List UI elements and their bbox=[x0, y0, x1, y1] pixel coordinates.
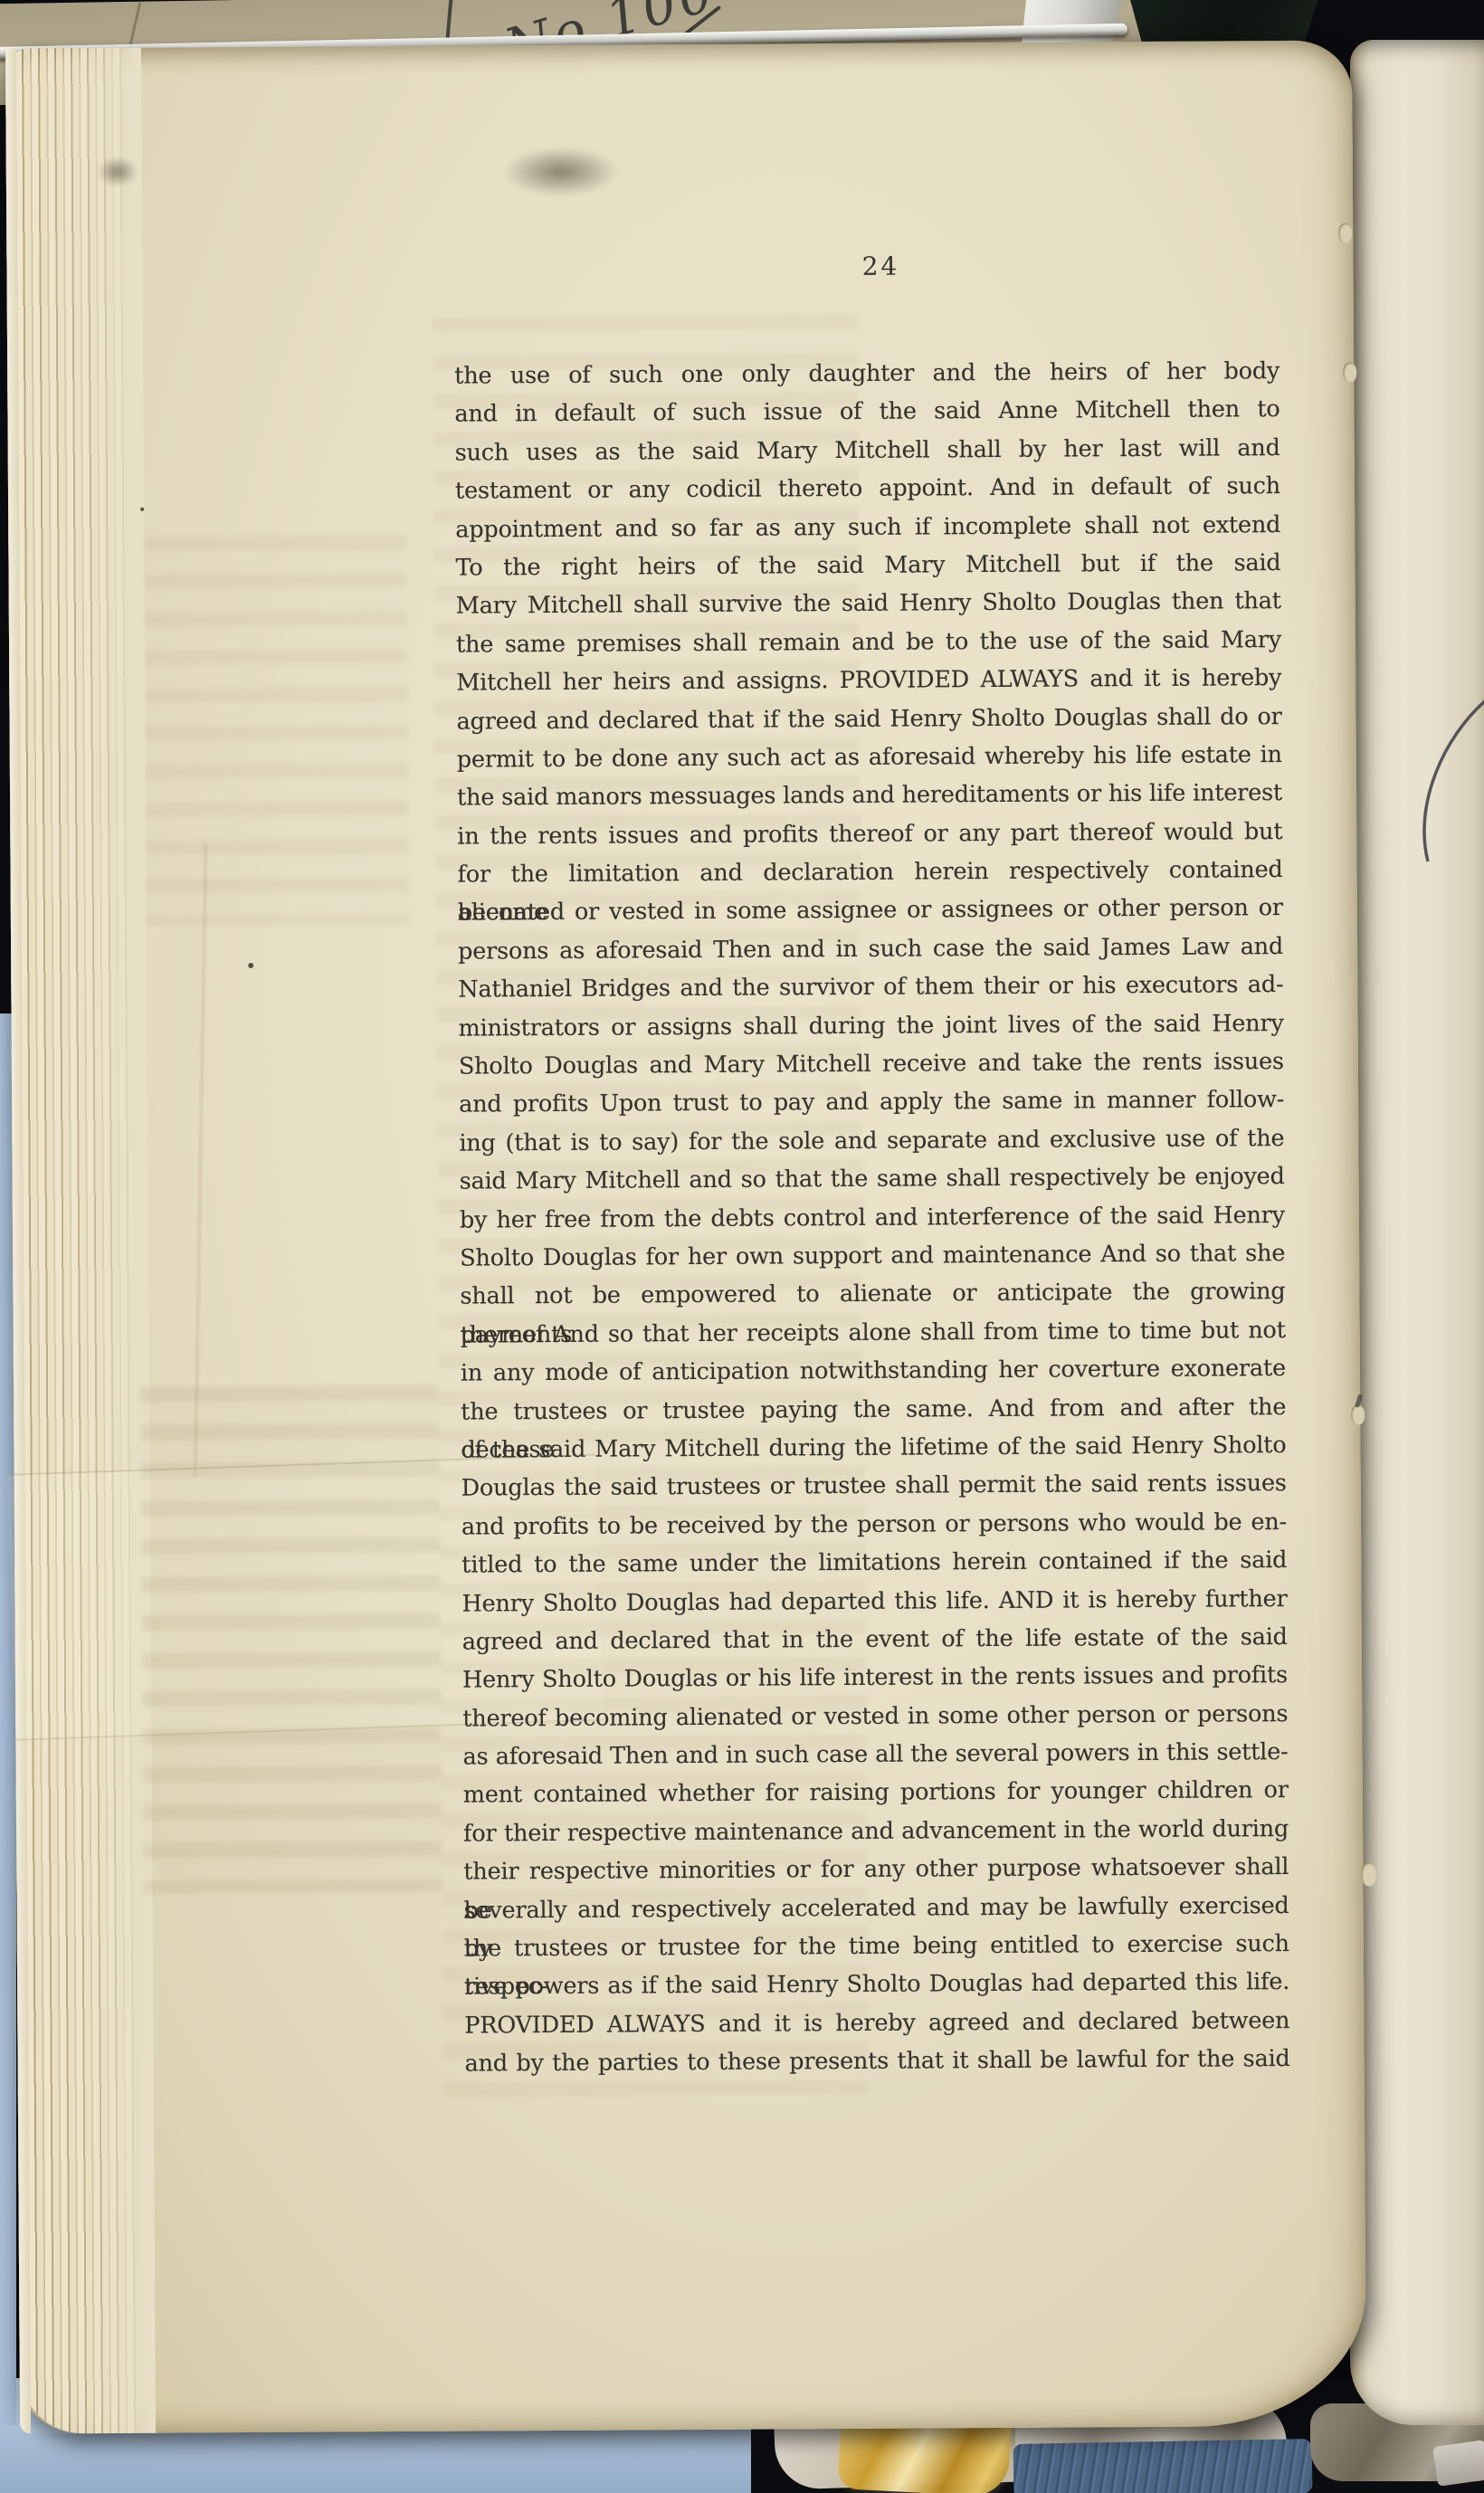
text-showthrough bbox=[144, 535, 409, 926]
text-line: thereof And so that her receipts alone s… bbox=[461, 1311, 1286, 1355]
torn-edge-chip bbox=[1361, 1862, 1376, 1886]
water-stain bbox=[194, 843, 208, 1477]
text-line: Mary Mitchell shall survive the said Hen… bbox=[456, 582, 1281, 625]
book-scan-photo: No 100 24 the use of such one only d bbox=[0, 0, 1484, 2493]
text-line: such uses as the said Mary Mitchell shal… bbox=[455, 429, 1280, 472]
text-line: tive powers as if the said Henry Sholto … bbox=[464, 1963, 1289, 2006]
text-line: agreed and declared that in the event of… bbox=[462, 1618, 1288, 1661]
text-line: persons as aforesaid Then and in such ca… bbox=[458, 928, 1283, 971]
text-line: appointment and so far as any such if in… bbox=[455, 506, 1280, 549]
text-line: ing (that is to say) for the sole and se… bbox=[459, 1119, 1284, 1163]
text-line: Sholto Douglas and Mary Mitchell receive… bbox=[459, 1042, 1284, 1086]
text-line: for their respective maintenance and adv… bbox=[463, 1810, 1289, 1853]
ink-speck bbox=[248, 963, 253, 968]
ink-smudge bbox=[502, 146, 620, 197]
text-line: PROVIDED ALWAYS and it is hereby agreed … bbox=[464, 2002, 1289, 2045]
text-line: and profits Upon trust to pay and apply … bbox=[459, 1080, 1284, 1124]
text-line: the same premises shall remain and be to… bbox=[456, 621, 1281, 664]
text-line: their respective minorities or for any o… bbox=[463, 1848, 1289, 1891]
text-line: said Mary Mitchell and so that the same … bbox=[460, 1157, 1285, 1201]
text-line: testament or any codicil thereto appoint… bbox=[455, 467, 1280, 510]
text-line: titled to the same under the limitations… bbox=[461, 1541, 1287, 1584]
text-line: for the limitation and declaration herei… bbox=[457, 851, 1282, 894]
text-line: permit to be done any such act as afores… bbox=[457, 736, 1282, 779]
facing-blank-page bbox=[1350, 40, 1484, 2425]
text-line: Nathaniel Bridges and the survivor of th… bbox=[458, 966, 1283, 1009]
legal-settlement-text: the use of such one only daughter and th… bbox=[454, 352, 1290, 2083]
text-line: and by the parties to these presents tha… bbox=[464, 2040, 1289, 2083]
text-line: in any mode of anticipation notwithstand… bbox=[461, 1349, 1286, 1393]
torn-edge-chip bbox=[1338, 224, 1352, 243]
scanned-page: 24 the use of such one only daughter and… bbox=[5, 41, 1366, 2434]
margin-pen-mark bbox=[1410, 697, 1484, 869]
text-line: Mitchell her heirs and assigns. PROVIDED… bbox=[456, 659, 1281, 702]
text-line: the said manors messuages lands and here… bbox=[457, 774, 1282, 817]
text-line: and profits to be received by the person… bbox=[461, 1503, 1287, 1546]
text-line: Henry Sholto Douglas had departed this l… bbox=[461, 1580, 1287, 1623]
text-line: by her free from the debts control and i… bbox=[460, 1196, 1285, 1240]
text-line: as aforesaid Then and in such case all t… bbox=[462, 1733, 1288, 1776]
text-line: the trustees or trustee for the time bei… bbox=[464, 1925, 1289, 1968]
paper-chip bbox=[1432, 2440, 1484, 2487]
text-line: in the rents issues and profits thereof … bbox=[457, 813, 1282, 856]
ink-smudge bbox=[97, 157, 138, 187]
page-number: 24 bbox=[808, 251, 953, 281]
text-line: Henry Sholto Douglas or his life interes… bbox=[462, 1656, 1288, 1699]
text-line: thereof becoming alienated or vested in … bbox=[462, 1695, 1288, 1738]
text-line: alienated or vested in some assignee or … bbox=[458, 889, 1283, 932]
torn-edge-chip bbox=[1351, 1404, 1365, 1424]
text-line: the use of such one only daughter and th… bbox=[454, 352, 1279, 395]
text-line: ment contained whether for raising porti… bbox=[463, 1771, 1289, 1814]
text-line: the trustees or trustee paying the same.… bbox=[461, 1388, 1286, 1432]
text-line: of the said Mary Mitchell during the lif… bbox=[461, 1426, 1286, 1470]
text-line: ministrators or assigns shall during the… bbox=[459, 1004, 1284, 1048]
text-line: and in default of such issue of the said… bbox=[454, 390, 1279, 433]
text-line: To the right heirs of the said Mary Mitc… bbox=[455, 544, 1280, 587]
text-line: agreed and declared that if the said Hen… bbox=[456, 698, 1281, 741]
text-showthrough bbox=[140, 1385, 442, 1894]
ink-speck bbox=[140, 508, 144, 511]
text-line: severally and respectively accelerated a… bbox=[463, 1887, 1289, 1930]
text-line: Sholto Douglas for her own support and m… bbox=[460, 1234, 1285, 1278]
text-line: Douglas the said trustees or trustee sha… bbox=[461, 1464, 1287, 1508]
denim-fabric bbox=[1013, 2439, 1313, 2493]
text-line: shall not be empowered to alienate or an… bbox=[460, 1272, 1285, 1316]
torn-edge-chip bbox=[1343, 363, 1356, 383]
